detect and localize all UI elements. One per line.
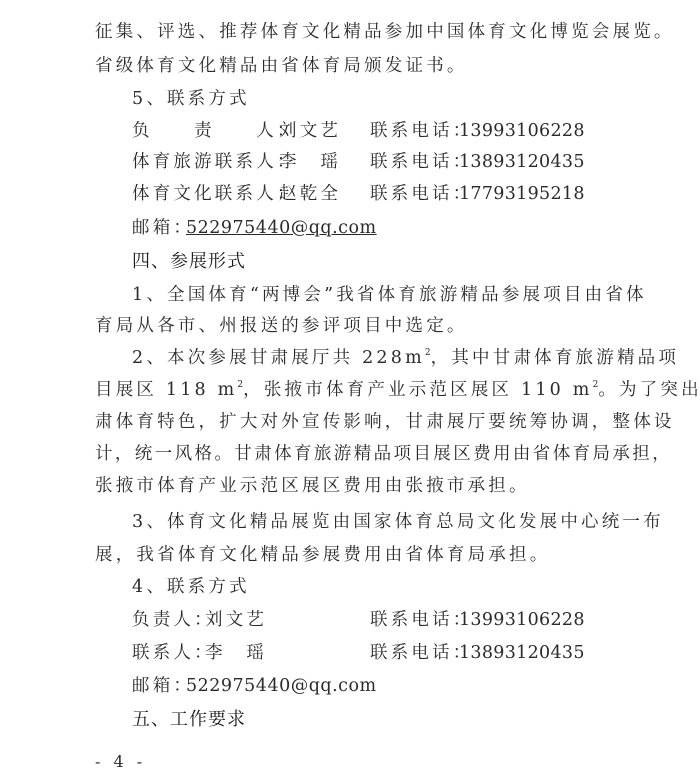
contact-name: 刘文艺 bbox=[279, 119, 341, 143]
text: 目展区 118 m bbox=[95, 380, 237, 400]
paragraph-line: 征集、评选、推荐体育文化精品参加中国体育文化博览会展览。 bbox=[95, 20, 675, 44]
contact-role: 负 责 人： bbox=[132, 119, 298, 143]
paragraph-line: 3、体育文化精品展览由国家体育总局文化发展中心统一布 bbox=[132, 510, 664, 534]
section-heading-work-requirements: 五、工作要求 bbox=[132, 708, 246, 732]
contact-phone: 13993106228 bbox=[459, 608, 585, 632]
subsection-title-contact: 5、联系方式 bbox=[132, 87, 250, 111]
text: ，张掖市体育产业示范区展区 110 m bbox=[243, 380, 592, 400]
contact-role: 体育文化联系人： bbox=[132, 182, 298, 206]
section-heading-exhibition-format: 四、参展形式 bbox=[132, 250, 246, 274]
contact-role: 联系人： bbox=[132, 641, 215, 665]
contact-name: 李 瑶 bbox=[279, 150, 341, 174]
contact-phone-label: 联系电话： bbox=[370, 150, 474, 174]
email-label: 邮箱： bbox=[132, 674, 194, 698]
paragraph-line: 计，统一风格。甘肃体育旅游精品项目展区费用由省体育局承担， bbox=[95, 442, 672, 466]
email-link[interactable]: 522975440@qq.com bbox=[186, 216, 377, 240]
paragraph-line: 2、本次参展甘肃展厅共 228m2，其中甘肃体育旅游精品项 bbox=[132, 346, 679, 370]
subsection-title-contact: 4、联系方式 bbox=[132, 575, 250, 599]
paragraph-line: 目展区 118 m2，张掖市体育产业示范区展区 110 m2。为了突出甘 bbox=[95, 378, 700, 402]
contact-phone: 13993106228 bbox=[459, 119, 585, 143]
contact-phone-label: 联系电话： bbox=[370, 641, 474, 665]
email-label: 邮箱： bbox=[132, 216, 194, 240]
text: 2、本次参展甘肃展厅共 228m bbox=[132, 348, 425, 368]
paragraph-line: 省级体育文化精品由省体育局颁发证书。 bbox=[95, 54, 468, 78]
contact-phone: 13893120435 bbox=[459, 150, 585, 174]
contact-name: 刘文艺 bbox=[205, 608, 267, 632]
contact-phone: 13893120435 bbox=[459, 641, 585, 665]
text: ，其中甘肃体育旅游精品项 bbox=[431, 348, 679, 368]
contact-name: 李 瑶 bbox=[205, 641, 267, 665]
paragraph-line: 张掖市体育产业示范区展区费用由张掖市承担。 bbox=[95, 474, 530, 498]
paragraph-line: 肃体育特色，扩大对外宣传影响，甘肃展厅要统筹协调，整体设 bbox=[95, 410, 675, 434]
paragraph-line: 1、全国体育“两博会”我省体育旅游精品参展项目由省体 bbox=[132, 283, 647, 307]
contact-role: 负责人： bbox=[132, 608, 215, 632]
contact-phone-label: 联系电话： bbox=[370, 608, 474, 632]
text: 。为了突出甘 bbox=[598, 380, 700, 400]
contact-role: 体育旅游联系人： bbox=[132, 150, 298, 174]
page-number: - 4 - bbox=[95, 752, 146, 771]
email-text: 522975440@qq.com bbox=[186, 674, 377, 698]
contact-phone: 17793195218 bbox=[459, 182, 585, 206]
contact-name: 赵乾全 bbox=[279, 182, 341, 206]
contact-phone-label: 联系电话： bbox=[370, 119, 474, 143]
paragraph-line: 育局从各市、州报送的参评项目中选定。 bbox=[95, 314, 468, 338]
contact-phone-label: 联系电话： bbox=[370, 182, 474, 206]
paragraph-line: 展，我省体育文化精品参展费用由省体育局承担。 bbox=[95, 543, 550, 567]
